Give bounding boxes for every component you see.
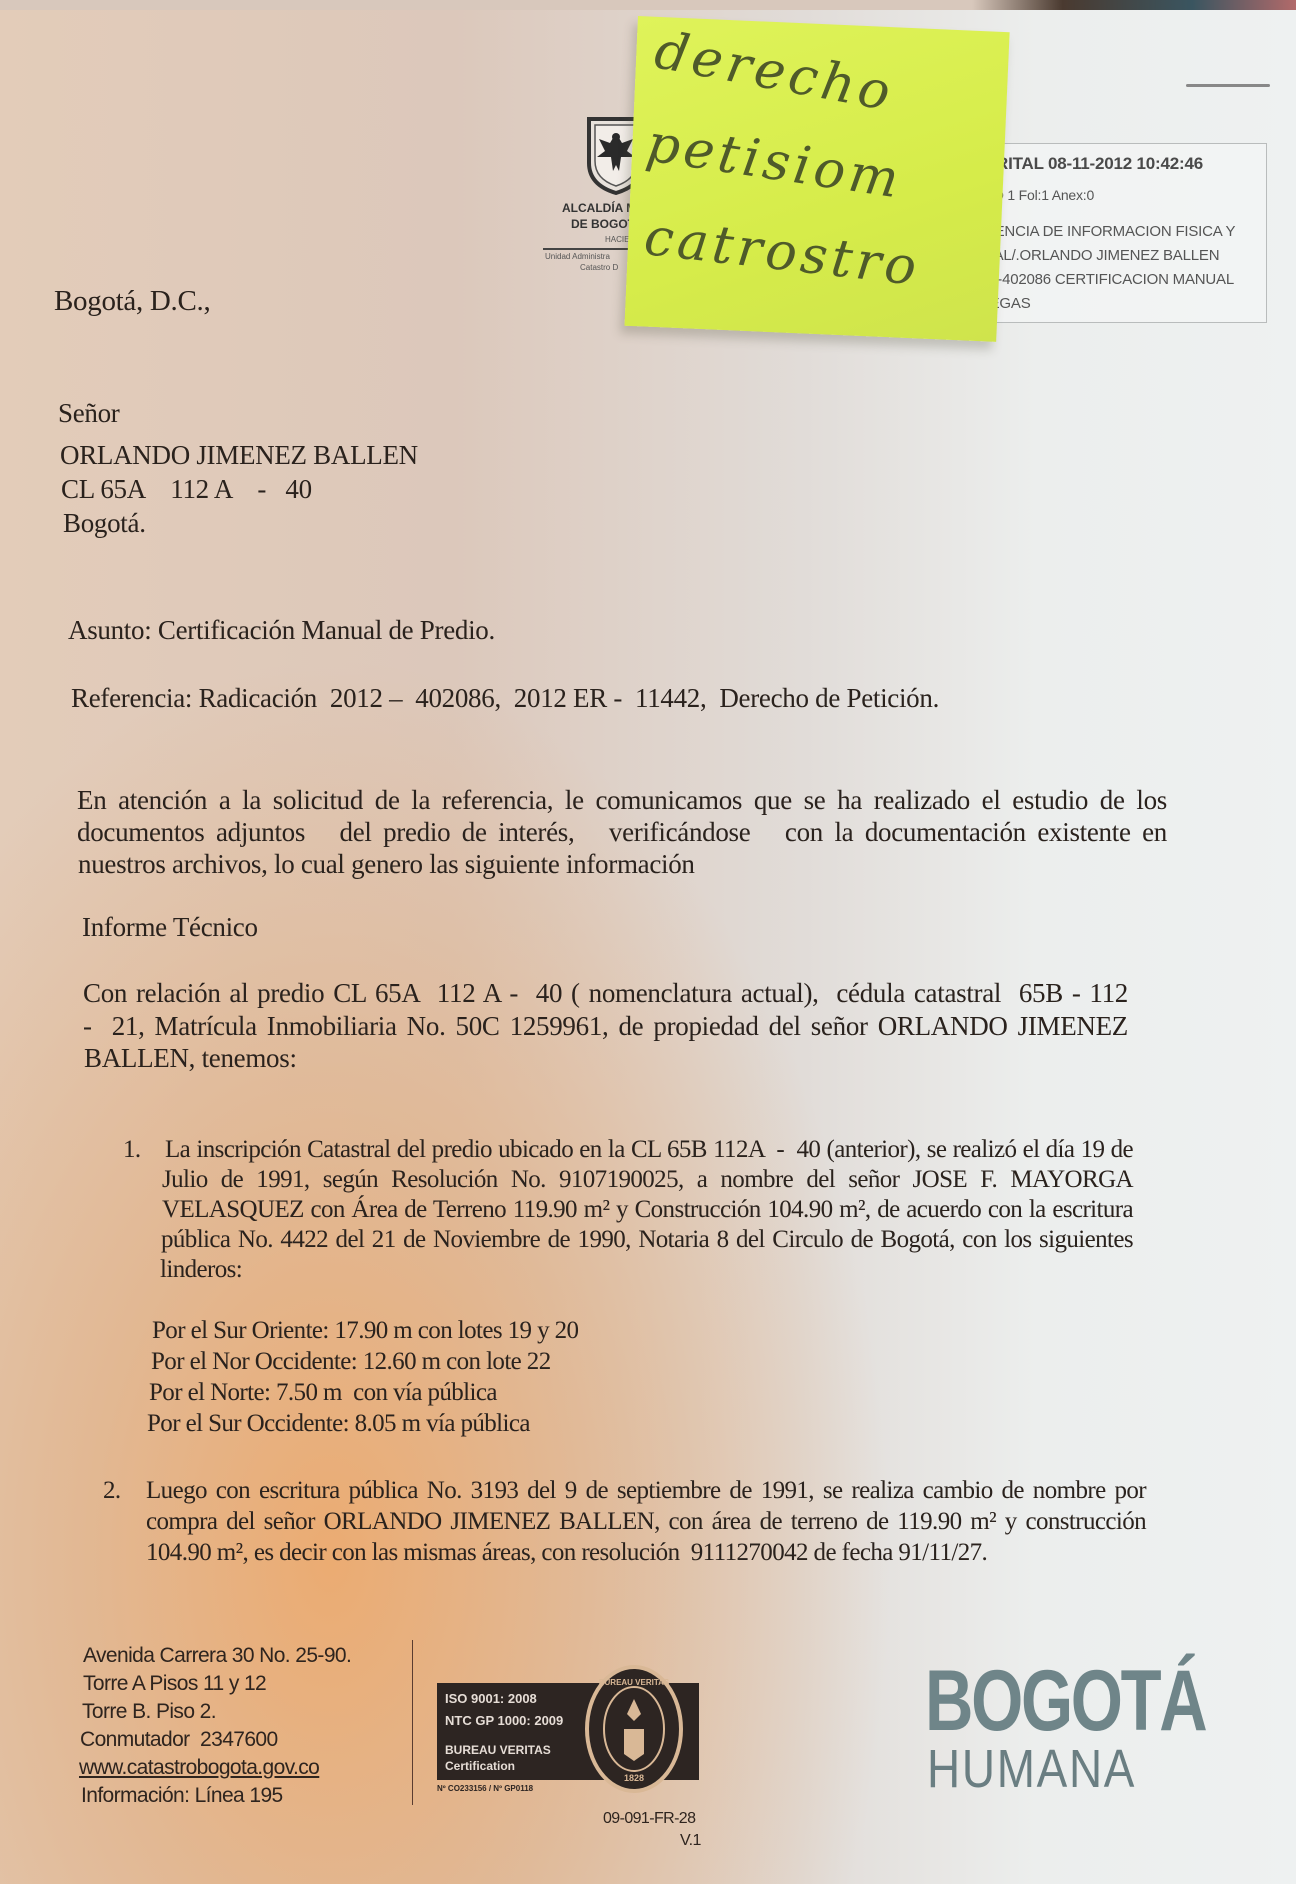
- bureau-veritas-seal-icon: BUREAU VERITAS 1828: [585, 1665, 683, 1793]
- lindero-1: Por el Sur Oriente: 17.90 m con lotes 19…: [152, 1317, 578, 1345]
- footer-address-2: Torre A Pisos 11 y 12: [83, 1672, 266, 1696]
- photo-background-edge: [0, 0, 1296, 10]
- item-1-line-5: linderos:: [160, 1256, 242, 1284]
- stamp-line-folios: O 1 Fol:1 Anex:0: [993, 187, 1094, 203]
- pen-mark: [1186, 84, 1270, 87]
- sticky-note: derecho petisiom catrostro: [624, 16, 1009, 342]
- bogota-humana-logo-line1: BOGOTÁ: [925, 1652, 1205, 1751]
- item-1-line-4: pública No. 4422 del 21 de Noviembre de …: [161, 1226, 1133, 1254]
- relation-line-2: - 21, Matrícula Inmobiliaria No. 50C 125…: [83, 1011, 1128, 1042]
- letter-subject: Asunto: Certificación Manual de Predio.: [68, 615, 495, 646]
- lindero-3: Por el Norte: 7.50 m con vía pública: [149, 1379, 497, 1407]
- intro-line-1: En atención a la solicitud de la referen…: [77, 785, 1167, 816]
- intro-line-3: nuestros archivos, lo cual genero las si…: [78, 849, 695, 880]
- footer-website-link[interactable]: www.catastrobogota.gov.co: [79, 1756, 319, 1780]
- sticky-line2: petisiom: [643, 113, 907, 210]
- item-1-line-1: La inscripción Catastral del predio ubic…: [165, 1136, 1133, 1164]
- form-code: 09-091-FR-28: [603, 1810, 695, 1828]
- relation-line-3: BALLEN, tenemos:: [84, 1043, 297, 1074]
- lindero-2: Por el Nor Occidente: 12.60 m con lote 2…: [151, 1348, 551, 1376]
- sticky-line3: catrostro: [641, 207, 923, 298]
- org-name-line1: ALCALDÍA M: [562, 201, 636, 215]
- item-2-line-2: compra del señor ORLANDO JIMENEZ BALLEN,…: [146, 1508, 1146, 1536]
- cert-bv: BUREAU VERITAS: [445, 1743, 551, 1757]
- salutation: Señor: [58, 398, 120, 429]
- svg-text:BUREAU VERITAS: BUREAU VERITAS: [599, 1678, 670, 1687]
- org-name-line3: HACIE: [605, 235, 629, 244]
- footer-address-3: Torre B. Piso 2.: [82, 1700, 216, 1724]
- footer-divider: [412, 1640, 413, 1805]
- org-unit-line2: Catastro D: [580, 263, 618, 272]
- stamp-line-sender: RAL/.ORLANDO JIMENEZ BALLEN: [983, 247, 1219, 264]
- letter-reference: Referencia: Radicación 2012 – 402086, 20…: [71, 683, 939, 714]
- stamp-line-dependency: RENCIA DE INFORMACION FISICA Y: [984, 223, 1235, 240]
- footer-info-line: Información: Línea 195: [81, 1784, 283, 1808]
- intro-line-2: documentos adjuntos del predio de interé…: [77, 817, 1167, 848]
- org-name-line2: DE BOGOT: [571, 217, 635, 231]
- footer-address-1: Avenida Carrera 30 No. 25-90.: [83, 1644, 351, 1668]
- stamp-line-subject: 12-402086 CERTIFICACION MANUAL: [981, 271, 1234, 288]
- cert-numbers: Nº CO233156 / Nº GP0118: [437, 1784, 533, 1793]
- letter-city: Bogotá, D.C.,: [54, 285, 210, 318]
- item-2-line-1: Luego con escritura pública No. 3193 del…: [146, 1477, 1146, 1505]
- cert-ntc: NTC GP 1000: 2009: [445, 1713, 563, 1728]
- recipient-address: CL 65A 112 A - 40: [61, 474, 312, 505]
- cert-certification: Certification: [445, 1759, 515, 1773]
- recipient-city: Bogotá.: [63, 508, 146, 539]
- cert-iso: ISO 9001: 2008: [445, 1691, 537, 1706]
- footer-phone: Conmutador 2347600: [80, 1728, 278, 1752]
- item-1-line-2: Julio de 1991, según Resolución No. 9107…: [162, 1166, 1133, 1194]
- item-1-number: 1.: [123, 1136, 141, 1164]
- item-2-number: 2.: [103, 1477, 121, 1505]
- org-unit-line: Unidad Administra: [545, 252, 610, 261]
- recipient-name: ORLANDO JIMENEZ BALLEN: [60, 440, 418, 471]
- item-1-line-3: VELASQUEZ con Área de Terreno 119.90 m² …: [162, 1196, 1133, 1224]
- svg-text:1828: 1828: [624, 1773, 644, 1783]
- item-2-line-3: 104.90 m², es decir con las mismas áreas…: [146, 1539, 987, 1567]
- lindero-4: Por el Sur Occidente: 8.05 m vía pública: [147, 1410, 530, 1438]
- relation-line-1: Con relación al predio CL 65A 112 A - 40…: [83, 978, 1128, 1009]
- bogota-humana-logo-line2: HUMANA: [927, 1738, 1136, 1800]
- radication-stamp: RITAL 08-11-2012 10:42:46 O 1 Fol:1 Anex…: [975, 143, 1267, 323]
- stamp-line-date: RITAL 08-11-2012 10:42:46: [996, 154, 1203, 174]
- form-version: V.1: [680, 1832, 701, 1850]
- sticky-line1: derecho: [650, 20, 899, 123]
- section-title: Informe Técnico: [82, 912, 258, 943]
